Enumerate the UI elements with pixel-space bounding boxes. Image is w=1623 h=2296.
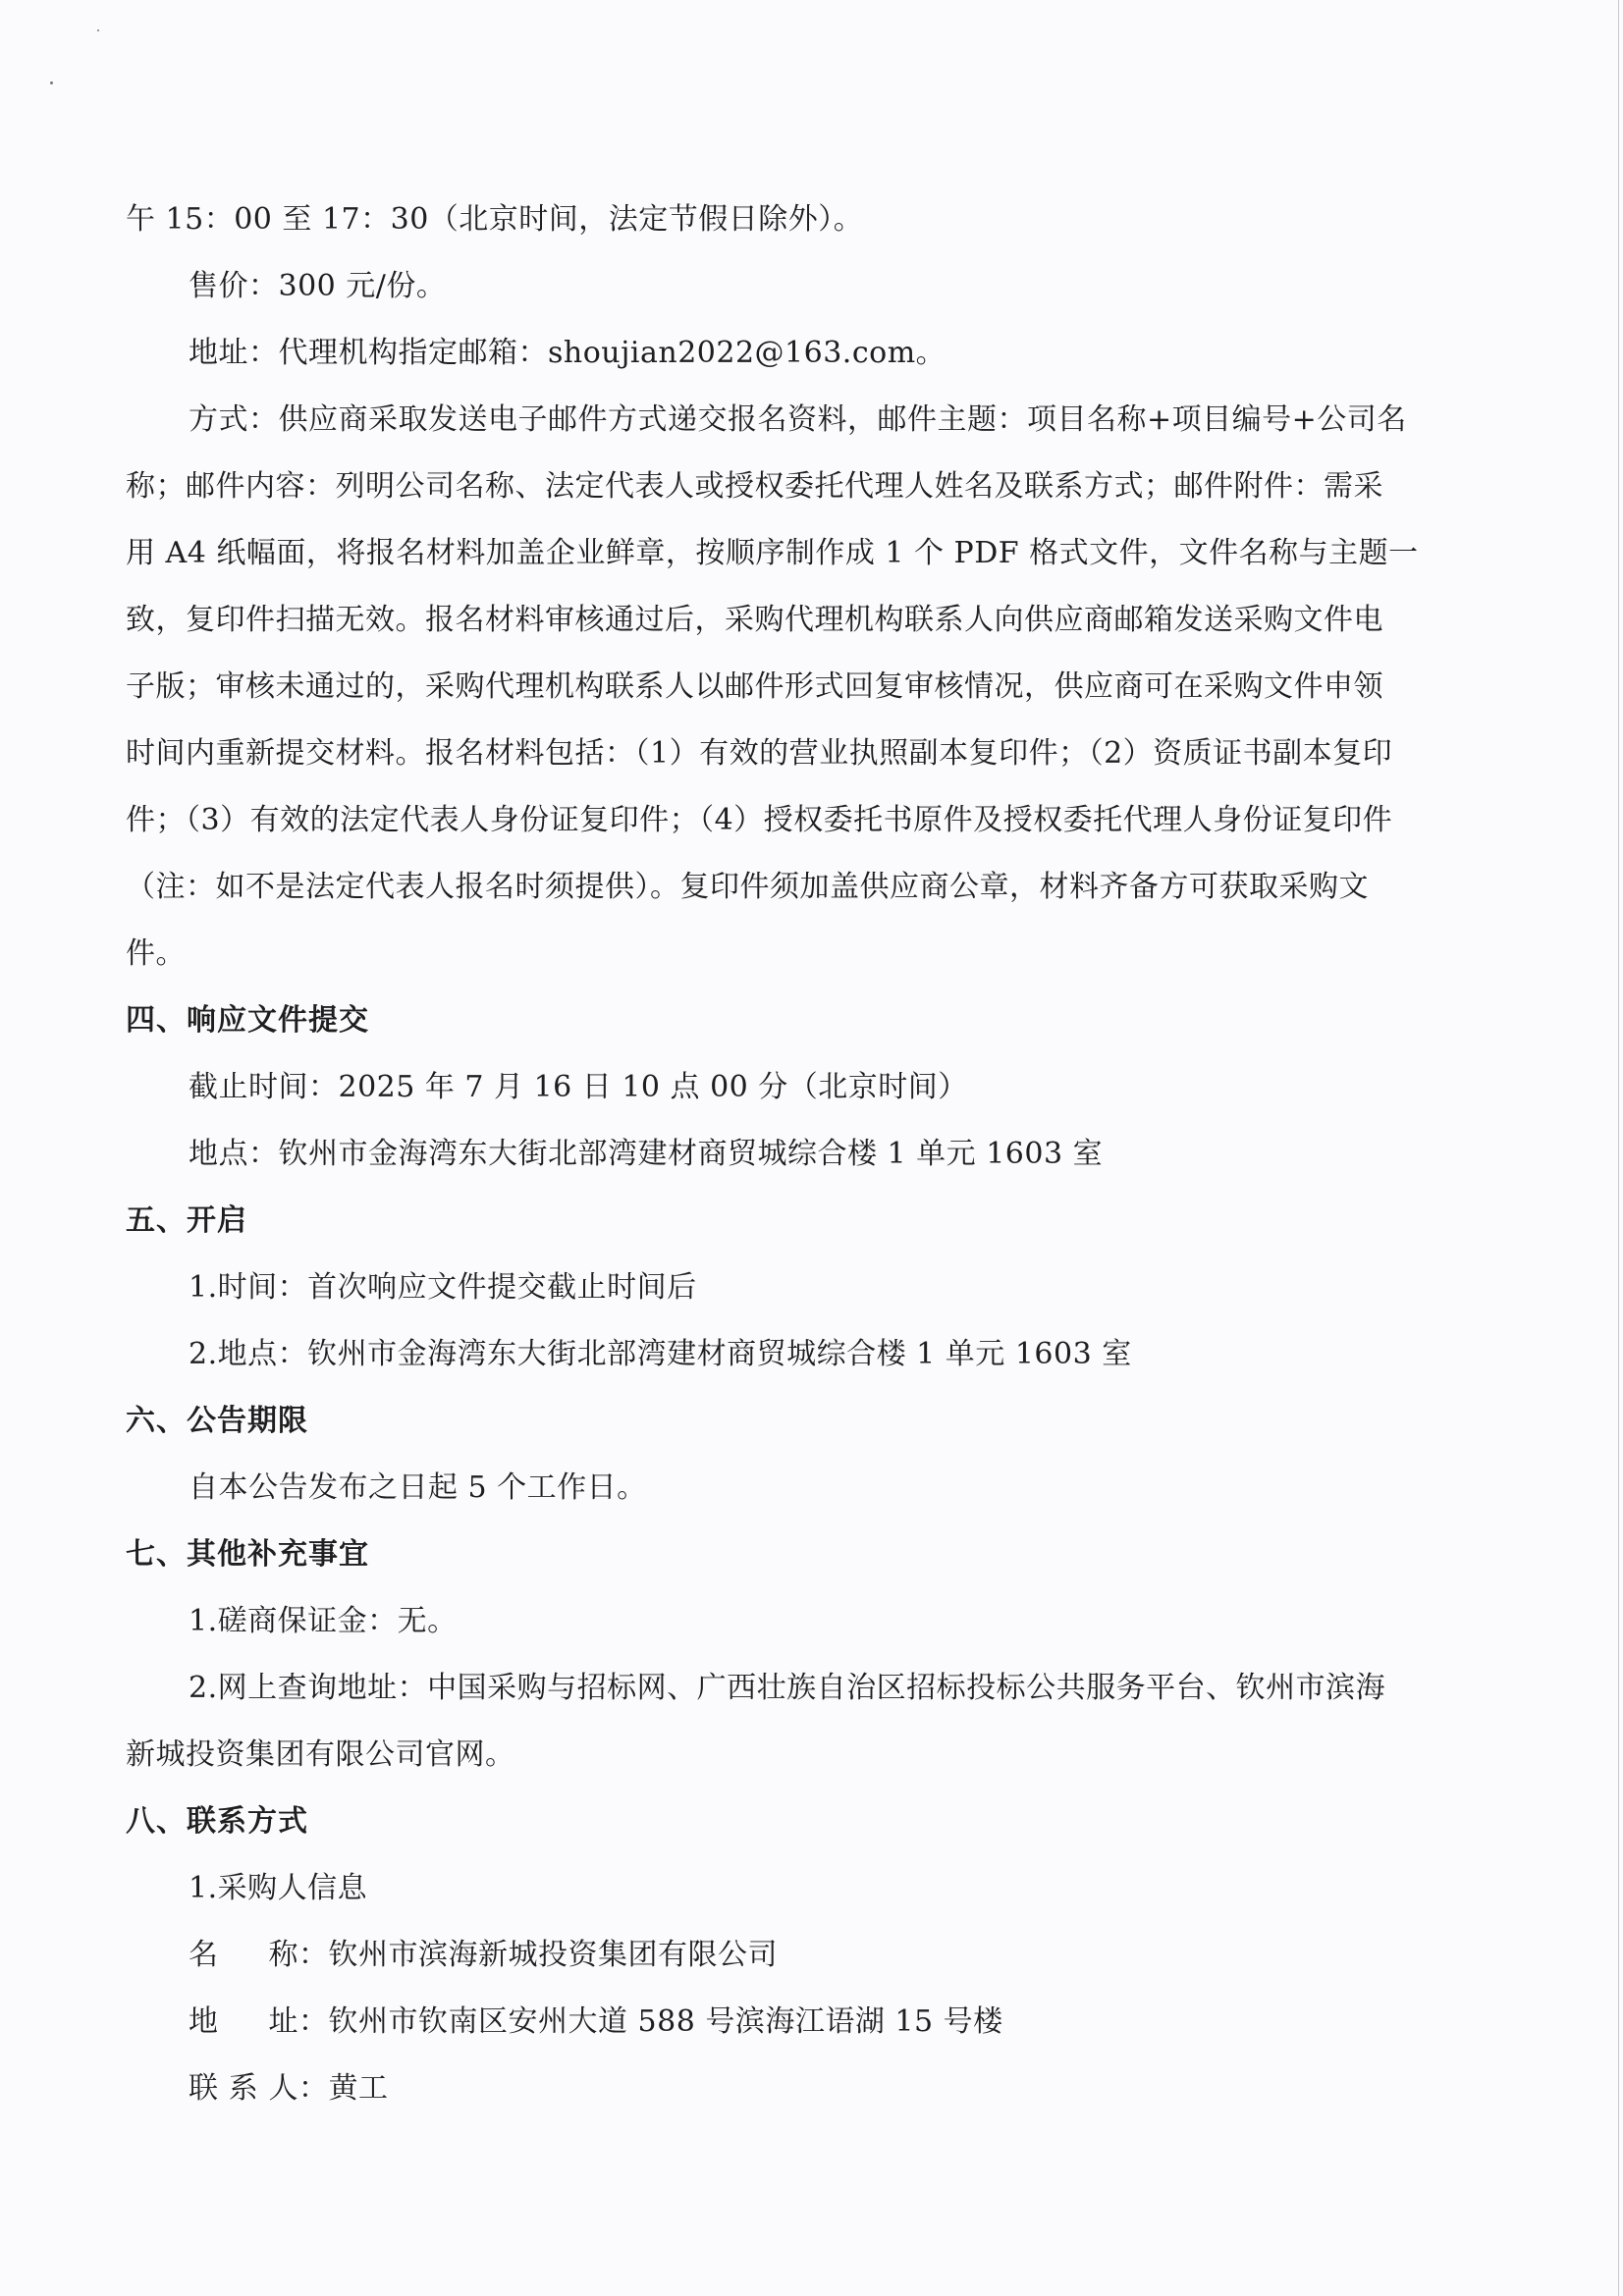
section-heading-opening: 五、开启 (126, 1188, 1483, 1255)
hours-line: 午 15：00 至 17：30（北京时间，法定节假日除外）。 (126, 187, 1483, 253)
purchaser-name-value: ：钦州市滨海新城投资集团有限公司 (298, 1938, 778, 1972)
notice-period-line: 自本公告发布之日起 5 个工作日。 (126, 1455, 1483, 1522)
deposit-line: 1.磋商保证金：无。 (126, 1588, 1483, 1655)
section-heading-notice-period: 六、公告期限 (126, 1388, 1483, 1455)
deadline-line: 截止时间：2025 年 7 月 16 日 10 点 00 分（北京时间） (126, 1054, 1483, 1121)
purchaser-contact-row: 联系人：黄工 (126, 2056, 1483, 2122)
section-heading-contact: 八、联系方式 (126, 1789, 1483, 1855)
opening-location-line: 2.地点：钦州市金海湾东大街北部湾建材商贸城综合楼 1 单元 1603 室 (126, 1321, 1483, 1388)
price-line: 售价：300 元/份。 (126, 253, 1483, 320)
purchaser-info-subheading: 1.采购人信息 (126, 1855, 1483, 1922)
online-query-line-cont: 新城投资集团有限公司官网。 (126, 1722, 1483, 1789)
document-page: 午 15：00 至 17：30（北京时间，法定节假日除外）。 售价：300 元/… (0, 0, 1623, 2296)
purchaser-contact-label: 联系人 (189, 2056, 298, 2122)
purchaser-address-row: 地址：钦州市钦南区安州大道 588 号滨海江语湖 15 号楼 (126, 1989, 1483, 2056)
method-line: 致，复印件扫描无效。报名材料审核通过后，采购代理机构联系人向供应商邮箱发送采购文… (126, 587, 1483, 654)
purchaser-address-value: ：钦州市钦南区安州大道 588 号滨海江语湖 15 号楼 (298, 2004, 1003, 2039)
scan-edge-line (1618, 0, 1619, 2296)
email-address-line: 地址：代理机构指定邮箱：shoujian2022@163.com。 (126, 320, 1483, 387)
scan-speck (97, 29, 99, 31)
online-query-line: 2.网上查询地址：中国采购与招标网、广西壮族自治区招标投标公共服务平台、钦州市滨… (126, 1655, 1483, 1722)
purchaser-name-label: 名称 (189, 1922, 298, 1989)
purchaser-contact-value: ：黄工 (298, 2071, 389, 2106)
scan-speck (50, 81, 53, 84)
purchaser-name-row: 名称：钦州市滨海新城投资集团有限公司 (126, 1922, 1483, 1989)
method-line: 称；邮件内容：列明公司名称、法定代表人或授权委托代理人姓名及联系方式；邮件附件：… (126, 454, 1483, 520)
method-line: 方式：供应商采取发送电子邮件方式递交报名资料，邮件主题：项目名称+项目编号+公司… (126, 387, 1483, 454)
method-paragraph: 方式：供应商采取发送电子邮件方式递交报名资料，邮件主题：项目名称+项目编号+公司… (126, 387, 1483, 988)
document-body: 午 15：00 至 17：30（北京时间，法定节假日除外）。 售价：300 元/… (126, 187, 1483, 2122)
opening-time-line: 1.时间：首次响应文件提交截止时间后 (126, 1255, 1483, 1321)
section-heading-response-submission: 四、响应文件提交 (126, 988, 1483, 1054)
method-line: 用 A4 纸幅面，将报名材料加盖企业鲜章，按顺序制作成 1 个 PDF 格式文件… (126, 520, 1483, 587)
method-line: 件；（3）有效的法定代表人身份证复印件；（4）授权委托书原件及授权委托代理人身份… (126, 787, 1483, 854)
purchaser-address-label: 地址 (189, 1989, 298, 2056)
section-heading-other-matters: 七、其他补充事宜 (126, 1522, 1483, 1588)
method-line: （注：如不是法定代表人报名时须提供）。复印件须加盖供应商公章，材料齐备方可获取采… (126, 854, 1483, 921)
submission-location-line: 地点：钦州市金海湾东大街北部湾建材商贸城综合楼 1 单元 1603 室 (126, 1121, 1483, 1188)
method-line: 时间内重新提交材料。报名材料包括：（1）有效的营业执照副本复印件；（2）资质证书… (126, 721, 1483, 787)
method-line: 件。 (126, 921, 1483, 988)
method-line: 子版；审核未通过的，采购代理机构联系人以邮件形式回复审核情况，供应商可在采购文件… (126, 654, 1483, 721)
